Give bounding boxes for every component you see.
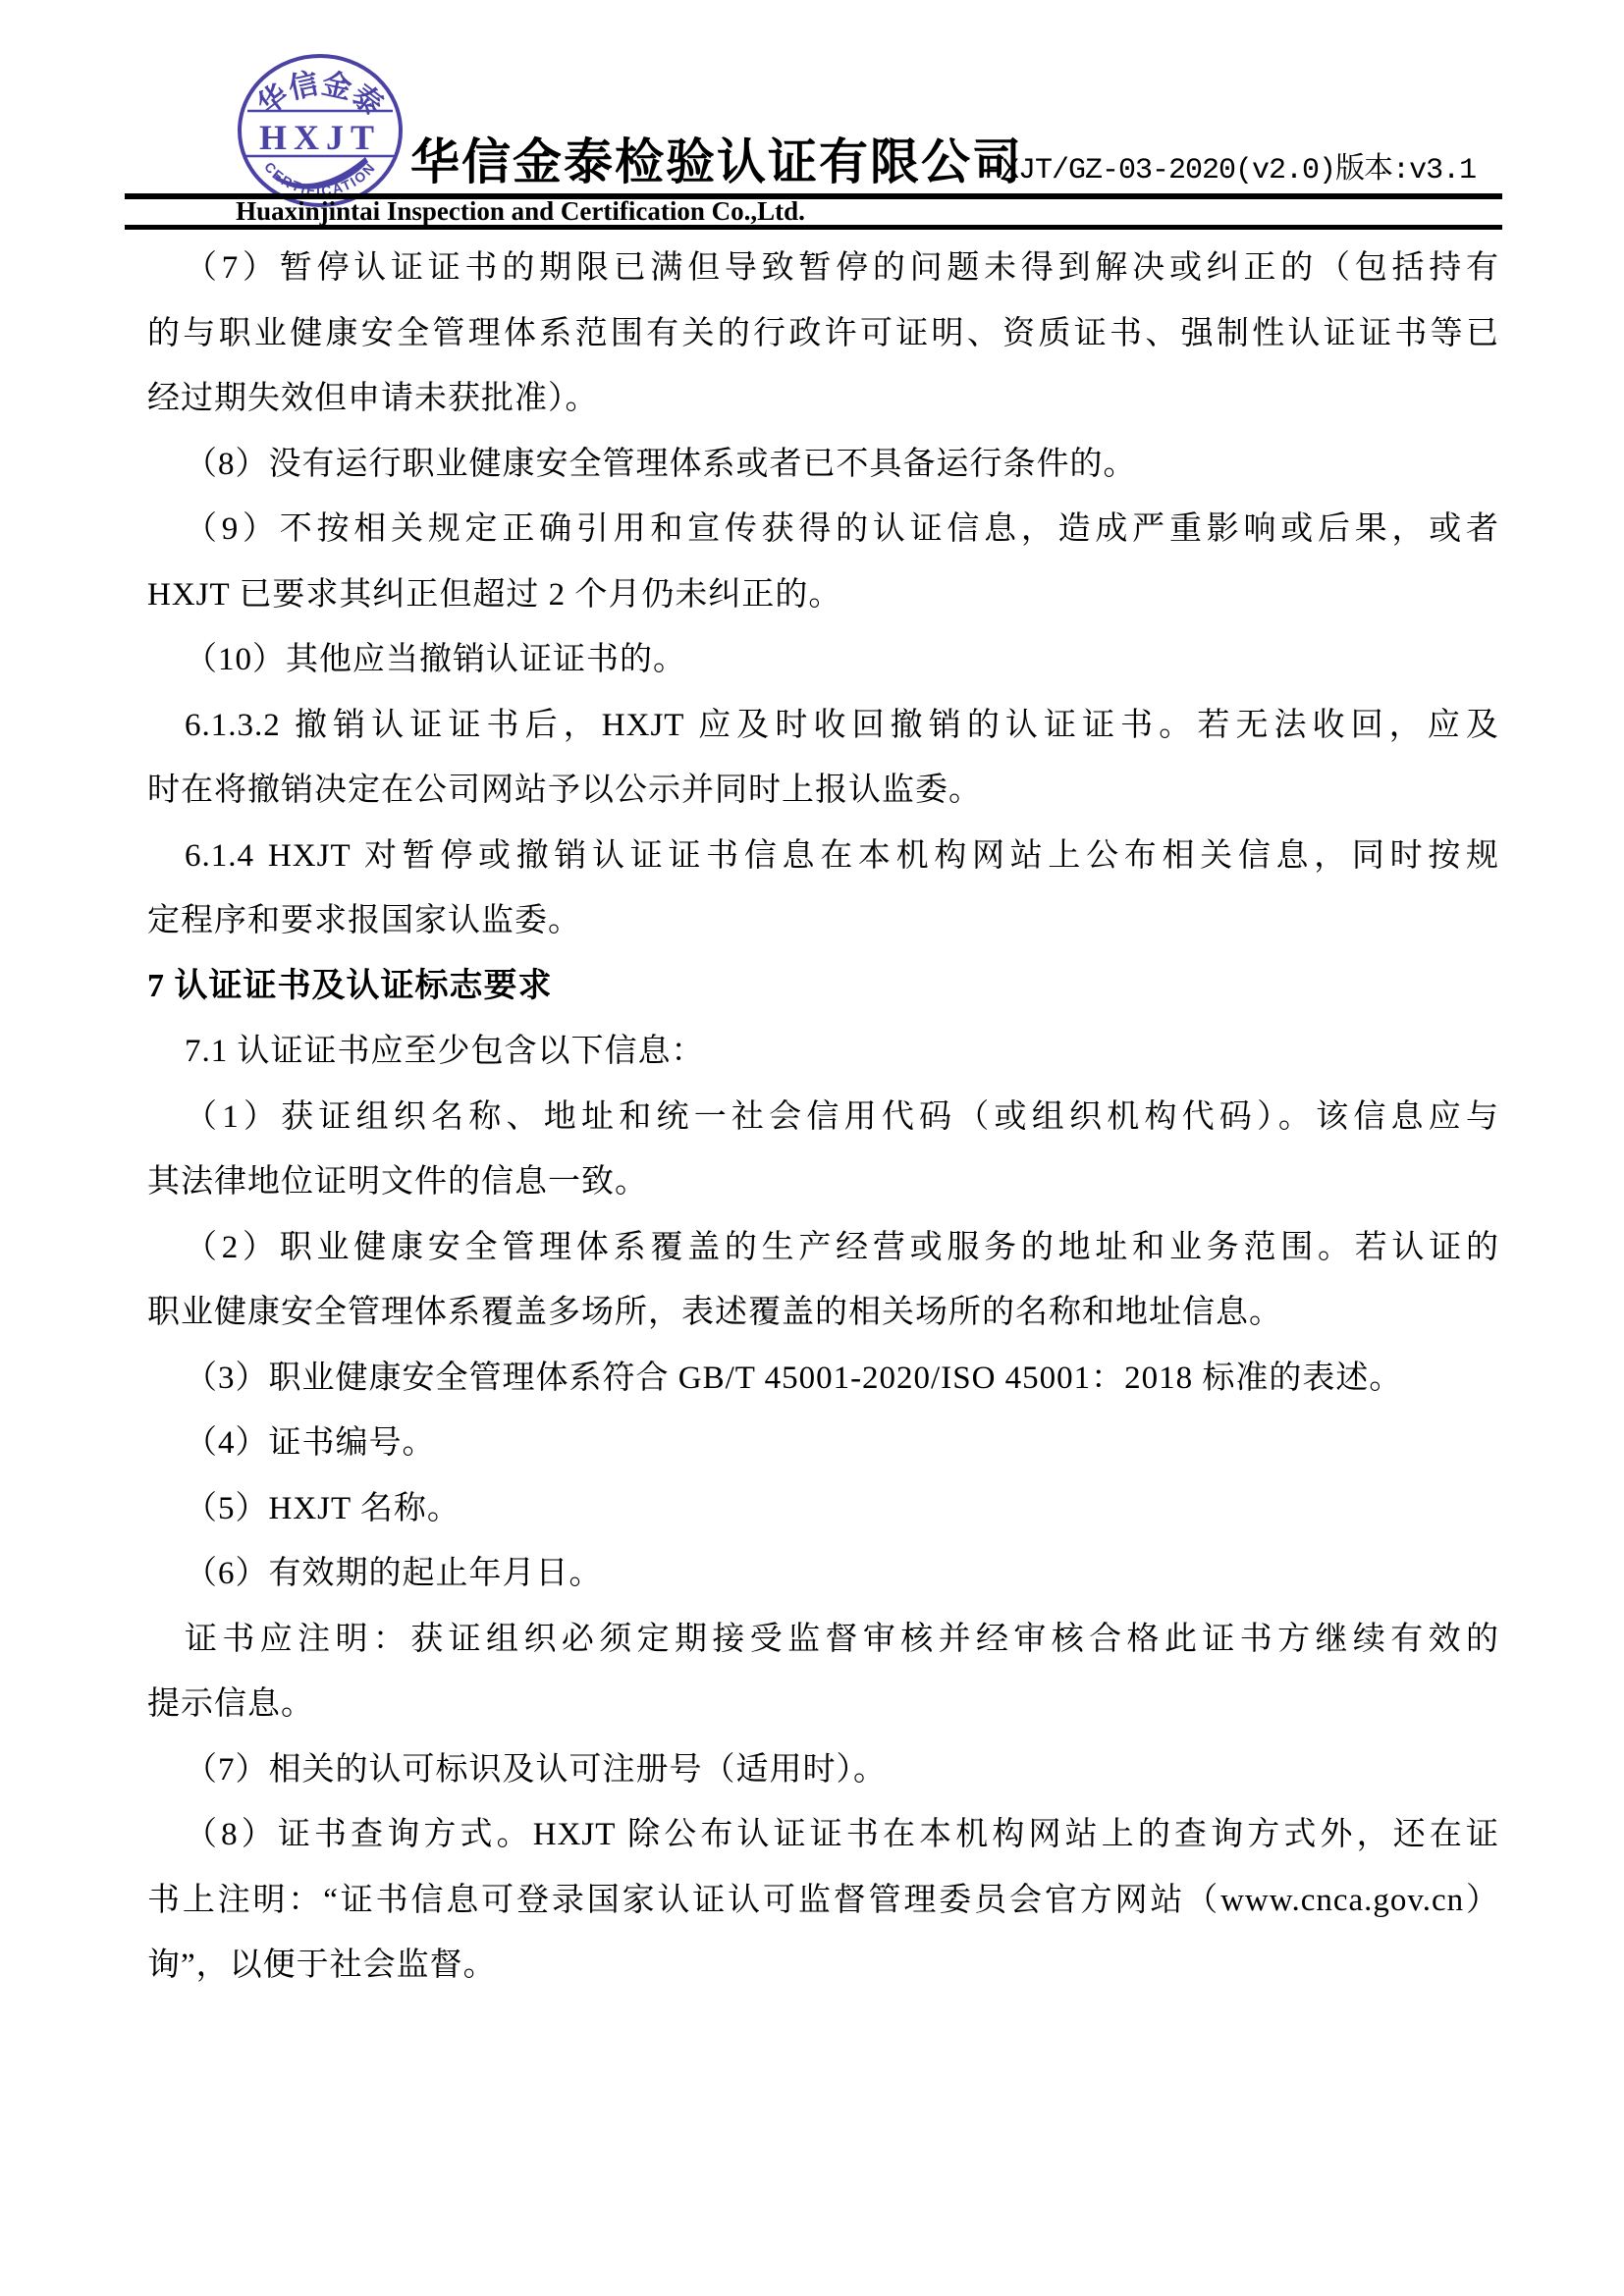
body-line: （10）其他应当撤销认证证书的。 xyxy=(147,627,1499,693)
body-line: 提示信息。 xyxy=(147,1672,1499,1737)
logo-acronym: HXJT xyxy=(259,118,381,157)
body-line: （8）没有运行职业健康安全管理体系或者已不具备运行条件的。 xyxy=(147,432,1499,498)
body-line: 6.1.3.2 撤销认证证书后，HXJT 应及时收回撤销的认证证书。若无法收回，… xyxy=(147,693,1499,759)
body-line: （8）证书查询方式。HXJT 除公布认证证书在本机构网站上的查询方式外，还在证 xyxy=(147,1802,1499,1868)
body-line: 询”，以便于社会监督。 xyxy=(147,1933,1499,1999)
body-line: 7 认证证书及认证标志要求 xyxy=(147,954,1499,1020)
body-line: 职业健康安全管理体系覆盖多场所，表述覆盖的相关场所的名称和地址信息。 xyxy=(147,1280,1499,1346)
body-line: 7.1 认证证书应至少包含以下信息： xyxy=(147,1019,1499,1085)
document-body: （7）暂停认证证书的期限已满但导致暂停的问题未得到解决或纠正的（包括持有的与职业… xyxy=(147,236,1499,1999)
body-line: （3）职业健康安全管理体系符合 GB/T 45001-2020/ISO 4500… xyxy=(147,1346,1499,1412)
body-line: 定程序和要求报国家认监委。 xyxy=(147,888,1499,954)
body-line: （7）相关的认可标识及认可注册号（适用时）。 xyxy=(147,1737,1499,1803)
body-line: （9）不按相关规定正确引用和宣传获得的认证信息，造成严重影响或后果，或者 xyxy=(147,497,1499,562)
body-line: （1）获证组织名称、地址和统一社会信用代码（或组织机构代码）。该信息应与 xyxy=(147,1085,1499,1150)
company-name-chinese: 华信金泰检验认证有限公司 xyxy=(410,133,1023,190)
body-line: 书上注明：“证书信息可登录国家认证认可监督管理委员会官方网站（www.cnca.… xyxy=(147,1868,1499,1934)
body-line: 证书应注明：获证组织必须定期接受监督审核并经审核合格此证书方继续有效的 xyxy=(147,1607,1499,1673)
body-line: 6.1.4 HXJT 对暂停或撤销认证证书信息在本机构网站上公布相关信息，同时按… xyxy=(147,824,1499,889)
body-line: （5）HXJT 名称。 xyxy=(147,1476,1499,1542)
body-line: 的与职业健康安全管理体系范围有关的行政许可证明、资质证书、强制性认证证书等已 xyxy=(147,301,1499,367)
document-page: 华信金泰 HXJT CERTIFICATION 华信金泰检验认证有限公司 HXJ… xyxy=(0,0,1624,2296)
body-line: （7）暂停认证证书的期限已满但导致暂停的问题未得到解决或纠正的（包括持有 xyxy=(147,236,1499,301)
company-seal-logo-icon: 华信金泰 HXJT CERTIFICATION xyxy=(236,53,405,215)
company-name-english: Huaxinjintai Inspection and Certificatio… xyxy=(147,197,893,225)
header-rule-bottom xyxy=(125,225,1502,230)
body-line: 时在将撤销决定在公司网站予以公示并同时上报认监委。 xyxy=(147,758,1499,824)
body-line: 经过期失效但申请未获批准）。 xyxy=(147,366,1499,432)
document-code: HXJT/GZ-03-2020(v2.0)版本:v3.1 xyxy=(985,153,1476,188)
body-line: 其法律地位证明文件的信息一致。 xyxy=(147,1149,1499,1215)
logo-arc-top-text: 华信金泰 xyxy=(251,67,389,123)
body-line: （6）有效期的起止年月日。 xyxy=(147,1541,1499,1607)
body-line: （2）职业健康安全管理体系覆盖的生产经营或服务的地址和业务范围。若认证的 xyxy=(147,1215,1499,1281)
body-line: HXJT 已要求其纠正但超过 2 个月仍未纠正的。 xyxy=(147,562,1499,628)
body-line: （4）证书编号。 xyxy=(147,1411,1499,1476)
